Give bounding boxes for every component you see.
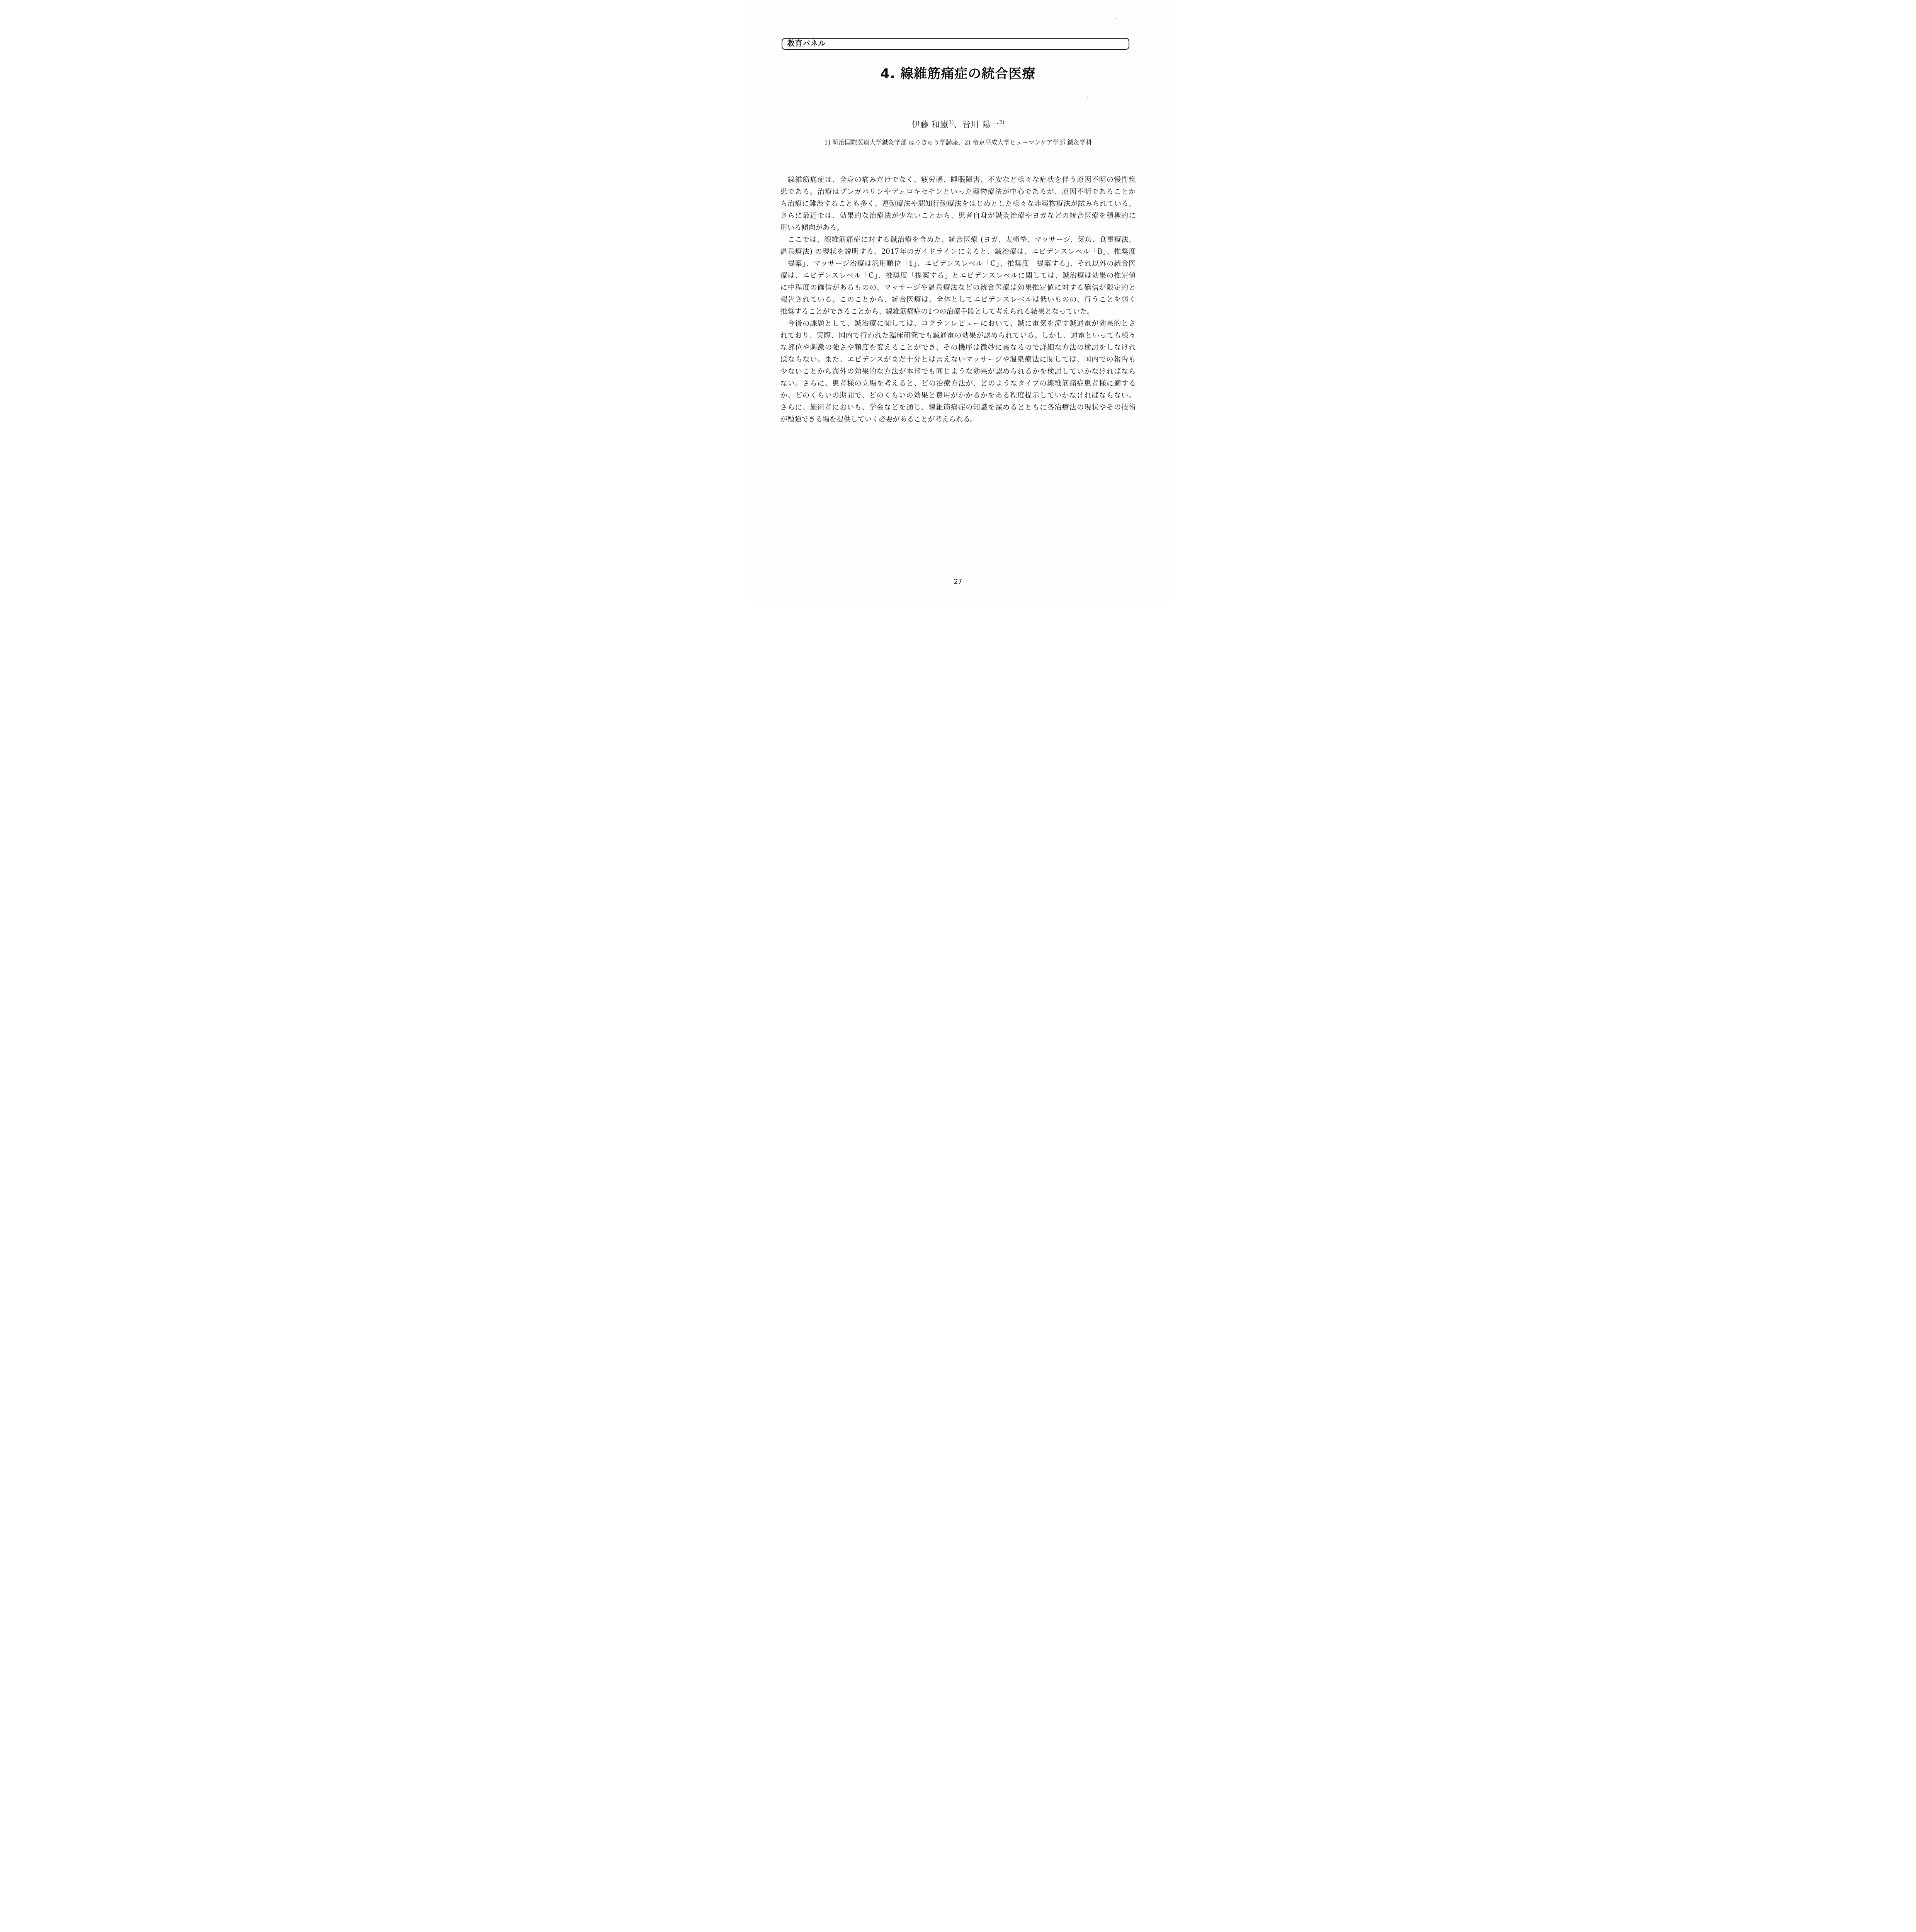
body-line: が勉強できる場を提供していく必要があることが考えられる。 — [780, 413, 1136, 425]
page-number: 27 — [746, 578, 1171, 586]
body-line: 少ないことから海外の効果的な方法が本邦でも同じような効果が認められるかを検討して… — [780, 366, 1136, 378]
body-line: か、どのくらいの期間で、どのくらいの効果と費用がかかるかをある程度提示していかな… — [780, 389, 1136, 401]
body-line: 報告されている。このことから、統合医療は、全体としてエビデンスレベルは低いものの… — [780, 294, 1136, 306]
body-line: さらに、施術者においも、学会などを通じ、線維筋痛症の知識を深めるとともに各治療法… — [780, 401, 1136, 413]
author-name-1: 伊藤 和憲 — [911, 120, 949, 129]
scan-speck — [1116, 18, 1117, 19]
body-line: 用いる傾向がある。 — [780, 222, 1136, 234]
body-line: 療は、エビデンスレベル「C」、推奨度「提案する」とエビデンスレベルに関しては、鍼… — [780, 270, 1136, 282]
body-line: 線維筋痛症は、全身の痛みだけでなく、疲労感、睡眠障害、不安など様々な症状を伴う原… — [780, 174, 1136, 186]
body-line: 推奨することができることから、線維筋痛症の1つの治療手段として考えられる結果とな… — [780, 306, 1136, 318]
body-line: 患である。治療はプレガバリンやデュロキセチンといった薬物療法が中心であるが、原因… — [780, 186, 1136, 198]
body-line: ない。さらに、患者様の立場を考えると、どの治療方法が、どのようなタイプの線維筋痛… — [780, 378, 1136, 389]
author-separator: 、 — [954, 120, 962, 129]
page-title: 4. 線維筋痛症の統合医療 — [746, 63, 1171, 82]
author-name-2: 皆川 陽一 — [962, 120, 1000, 129]
body-line: さらに最近では、効果的な治療法が少ないことから、患者自身が鍼灸治療やヨガなどの統… — [780, 210, 1136, 222]
body-line: に中程度の確信があるものの、マッサージや温泉療法などの統合医療は効果推定値に対す… — [780, 282, 1136, 294]
body-text: 線維筋痛症は、全身の痛みだけでなく、疲労感、睡眠障害、不安など様々な症状を伴う原… — [780, 174, 1136, 425]
authors-line: 伊藤 和憲1)、皆川 陽一2) — [746, 118, 1171, 130]
scan-speck — [1120, 480, 1120, 481]
body-line: ここでは、線維筋痛症に対する鍼治療を含めた、統合医療 (ヨガ、太極拳、マッサージ… — [780, 234, 1136, 246]
body-line: 温泉療法) の現状を説明する。2017年のガイドラインによると、鍼治療は、エビデ… — [780, 246, 1136, 258]
document-page: 教育パネル 4. 線維筋痛症の統合医療 伊藤 和憲1)、皆川 陽一2) 1) 明… — [746, 0, 1171, 602]
paragraph: ここでは、線維筋痛症に対する鍼治療を含めた、統合医療 (ヨガ、太極拳、マッサージ… — [780, 234, 1136, 318]
category-tab-label: 教育パネル — [787, 40, 826, 48]
paragraph: 線維筋痛症は、全身の痛みだけでなく、疲労感、睡眠障害、不安など様々な症状を伴う原… — [780, 174, 1136, 234]
category-tab: 教育パネル — [782, 38, 1129, 50]
affiliation-line: 1) 明治国際医療大学鍼灸学部 はりきゅう学講座、2) 帝京平成大学ヒューマンケ… — [746, 138, 1171, 146]
body-line: 「提案」、マッサージ治療は汎用順位「1」、エビデンスレベル「C」、推奨度「提案す… — [780, 258, 1136, 270]
body-line: ら治療に難渋することも多く、運動療法や認知行動療法をはじめとした様々な非薬物療法… — [780, 198, 1136, 210]
scan-speck — [1087, 97, 1088, 98]
body-line: ばならない。また、エビデンスがまだ十分とは言えないマッサージや温泉療法に関しては… — [780, 354, 1136, 366]
body-line: れており、実際、国内で行われた臨床研究でも鍼通電の効果が認められている。しかし、… — [780, 330, 1136, 342]
paragraph: 今後の課題として、鍼治療に関しては、コクランレビューにおいて、鍼に電気を流す鍼通… — [780, 318, 1136, 425]
author-affiliation-mark-1: 1) — [949, 120, 954, 126]
body-line: 今後の課題として、鍼治療に関しては、コクランレビューにおいて、鍼に電気を流す鍼通… — [780, 318, 1136, 330]
body-line: な部位や刺激の強さや頻度を変えることができ、その機序は微妙に異なるので詳細な方法… — [780, 342, 1136, 354]
author-affiliation-mark-2: 2) — [999, 120, 1004, 126]
